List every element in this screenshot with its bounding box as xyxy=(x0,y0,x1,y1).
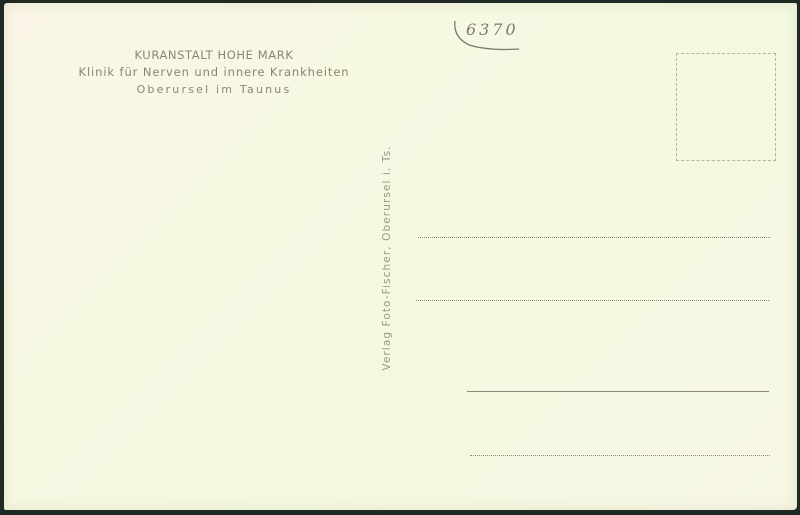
institution-description: Klinik für Nerven und innere Krankheiten xyxy=(4,64,424,81)
address-line-1 xyxy=(418,237,771,238)
publisher-imprint: Verlag Foto-Fischer, Oberursel i. Ts. xyxy=(381,145,393,370)
sender-header: KURANSTALT HOHE MARK Klinik für Nerven u… xyxy=(4,47,424,98)
postcard-back: KURANSTALT HOHE MARK Klinik für Nerven u… xyxy=(4,3,797,510)
address-line-3 xyxy=(467,391,769,392)
institution-name: KURANSTALT HOHE MARK xyxy=(4,47,424,64)
address-line-4 xyxy=(470,455,770,456)
stamp-box xyxy=(676,53,776,161)
institution-location: Oberursel im Taunus xyxy=(4,81,424,98)
handwritten-number: 6370 xyxy=(466,20,519,39)
address-line-2 xyxy=(416,300,769,301)
handwritten-note: 6370 xyxy=(449,15,529,55)
